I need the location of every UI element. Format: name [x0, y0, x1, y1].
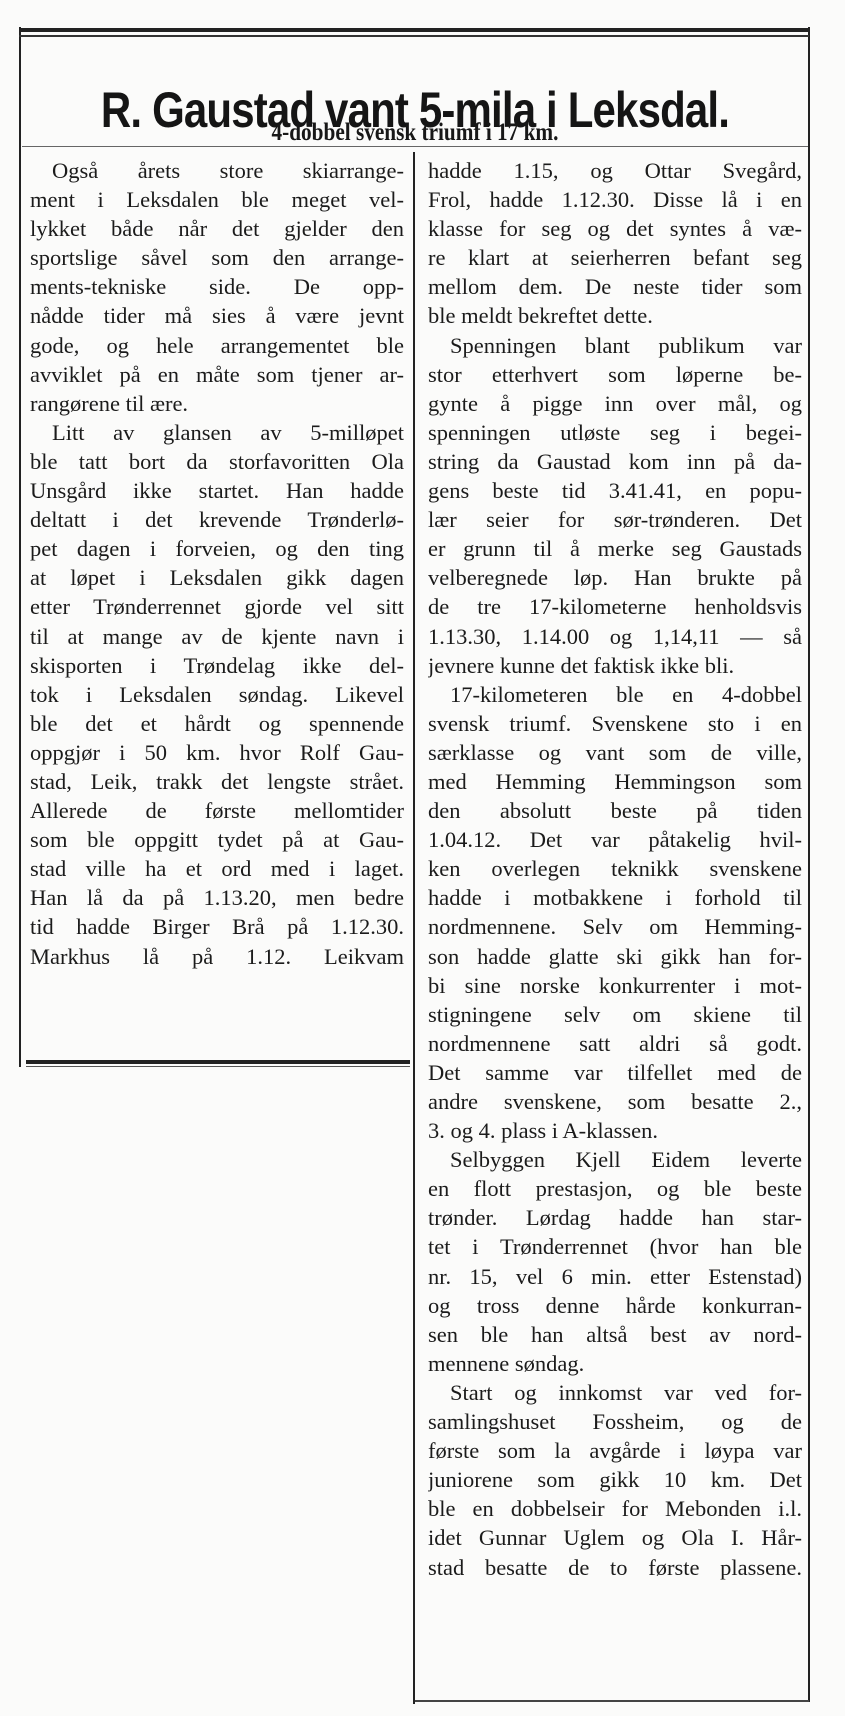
subheadline: 4-dobbel svensk triumf i 17 km.: [81, 118, 749, 148]
text-line: deltatt i det krevende Trønderlø-: [30, 505, 404, 534]
text-line: er grunn til å merke seg Gaustads: [428, 534, 802, 563]
text-line: idet Gunnar Uglem og Ola I. Hår-: [428, 1523, 802, 1552]
left-column-bottom-rule-thin: [26, 1066, 410, 1067]
text-line: 1.13.30, 1.14.00 og 1,14,11 — så: [428, 622, 802, 651]
text-line: stad ville ha et ord med i laget.: [30, 854, 404, 883]
text-line: nordmennene satt aldri så godt.: [428, 1029, 802, 1058]
text-line: med Hemming Hemmingson som: [428, 767, 802, 796]
text-line: sen ble han altså best av nord-: [428, 1320, 802, 1349]
text-line: trønder. Lørdag hadde han star-: [428, 1203, 802, 1232]
left-column: Også årets store skiarrange-ment i Leksd…: [30, 156, 404, 971]
text-line: Også årets store skiarrange-: [30, 156, 404, 185]
text-line: velberegnede løp. Han brukte på: [428, 563, 802, 592]
text-line: Han lå da på 1.13.20, men bedre: [30, 883, 404, 912]
text-line: pet dagen i forveien, og den ting: [30, 534, 404, 563]
text-line: de tre 17-kilometerne henholdsvis: [428, 592, 802, 621]
subheadline-rule: [22, 146, 808, 147]
text-line: særklasse og vant som de ville,: [428, 738, 802, 767]
text-line: lær seier for sør-trønderen. Det: [428, 505, 802, 534]
text-line: samlingshuset Fossheim, og de: [428, 1407, 802, 1436]
text-line: etter Trønderrennet gjorde vel sitt: [30, 592, 404, 621]
text-line: Litt av glansen av 5-milløpet: [30, 418, 404, 447]
text-line: ble det et hårdt og spennende: [30, 709, 404, 738]
text-line: lykket både når det gjelder den: [30, 214, 404, 243]
text-line: nordmennene. Selv om Hemming-: [428, 912, 802, 941]
text-line: Det samme var tilfellet med de: [428, 1058, 802, 1087]
top-double-rule: [19, 28, 809, 32]
text-line: en flott prestasjon, og ble beste: [428, 1174, 802, 1203]
text-line: nådde tider må sies å være jevnt: [30, 301, 404, 330]
text-line: string da Gaustad kom inn på da-: [428, 447, 802, 476]
text-line: stigningene selv om skiene til: [428, 1000, 802, 1029]
text-line: spenningen utløste seg i begei-: [428, 418, 802, 447]
text-line: som ble oppgitt tydet på at Gau-: [30, 825, 404, 854]
text-line: ble tatt bort da storfavoritten Ola: [30, 447, 404, 476]
text-line: re klart at seierherren befant seg: [428, 243, 802, 272]
text-line: Unsgård ikke startet. Han hadde: [30, 476, 404, 505]
text-line: stor etterhvert som løperne be-: [428, 360, 802, 389]
text-line: rangørene til ære.: [30, 389, 404, 418]
text-line: Allerede de første mellomtider: [30, 796, 404, 825]
text-line: første som la avgårde i løypa var: [428, 1436, 802, 1465]
right-column: hadde 1.15, og Ottar Svegård,Frol, hadde…: [428, 156, 802, 1582]
text-line: jevnere kunne det faktisk ikke bli.: [428, 651, 802, 680]
top-double-rule-thin: [19, 35, 809, 37]
text-line: den absolutt beste på tiden: [428, 796, 802, 825]
column-divider: [413, 152, 415, 1704]
text-line: bi sine norske konkurrenter i mot-: [428, 971, 802, 1000]
text-line: ments-tekniske side. De opp-: [30, 272, 404, 301]
text-line: stad besatte de to første plassene.: [428, 1553, 802, 1582]
text-line: tet i Trønderrennet (hvor han ble: [428, 1232, 802, 1261]
text-line: 17-kilometeren ble en 4-dobbel: [428, 680, 802, 709]
text-line: hadde 1.15, og Ottar Svegård,: [428, 156, 802, 185]
text-line: 1.04.12. Det var påtakelig hvil-: [428, 825, 802, 854]
text-line: mellom dem. De neste tider som: [428, 272, 802, 301]
text-line: skisporten i Trøndelag ikke del-: [30, 651, 404, 680]
text-line: Spenningen blant publikum var: [428, 331, 802, 360]
text-line: tid hadde Birger Brå på 1.12.30.: [30, 912, 404, 941]
text-line: ble en dobbelseir for Mebonden i.l.: [428, 1494, 802, 1523]
text-line: 3. og 4. plass i A-klassen.: [428, 1116, 802, 1145]
text-line: ment i Leksdalen ble meget vel-: [30, 185, 404, 214]
text-line: og tross denne hårde konkurran-: [428, 1291, 802, 1320]
text-line: andre svenskene, som besatte 2.,: [428, 1087, 802, 1116]
text-line: stad, Leik, trakk det lengste strået.: [30, 767, 404, 796]
text-line: hadde i motbakkene i forhold til: [428, 883, 802, 912]
text-line: son hadde glatte ski gikk han for-: [428, 942, 802, 971]
text-line: oppgjør i 50 km. hvor Rolf Gau-: [30, 738, 404, 767]
text-line: sportslige såvel som den arrange-: [30, 243, 404, 272]
text-line: at løpet i Leksdalen gikk dagen: [30, 563, 404, 592]
text-line: avviklet på en måte som tjener ar-: [30, 360, 404, 389]
text-line: tok i Leksdalen søndag. Likevel: [30, 680, 404, 709]
text-line: til at mange av de kjente navn i: [30, 622, 404, 651]
left-column-bottom-rule: [26, 1060, 410, 1064]
text-line: Start og innkomst var ved for-: [428, 1378, 802, 1407]
text-line: ken overlegen teknikk svenskene: [428, 854, 802, 883]
article-frame-left-border: [19, 27, 21, 1067]
text-line: klasse for seg og det syntes å væ-: [428, 214, 802, 243]
article-frame-right-border: [808, 27, 810, 1702]
text-line: Markhus lå på 1.12. Leikvam: [30, 942, 404, 971]
text-line: nr. 15, vel 6 min. etter Estenstad): [428, 1262, 802, 1291]
text-line: Frol, hadde 1.12.30. Disse lå i en: [428, 185, 802, 214]
text-line: ble meldt bekreftet dette.: [428, 301, 802, 330]
text-line: juniorene som gikk 10 km. Det: [428, 1465, 802, 1494]
text-line: mennene søndag.: [428, 1349, 802, 1378]
text-line: svensk triumf. Svenskene sto i en: [428, 709, 802, 738]
text-line: gynte å pigge inn over mål, og: [428, 389, 802, 418]
text-line: gode, og hele arrangementet ble: [30, 331, 404, 360]
right-column-bottom-rule: [415, 1700, 809, 1702]
text-line: Selbyggen Kjell Eidem leverte: [428, 1145, 802, 1174]
text-line: gens beste tid 3.41.41, en popu-: [428, 476, 802, 505]
